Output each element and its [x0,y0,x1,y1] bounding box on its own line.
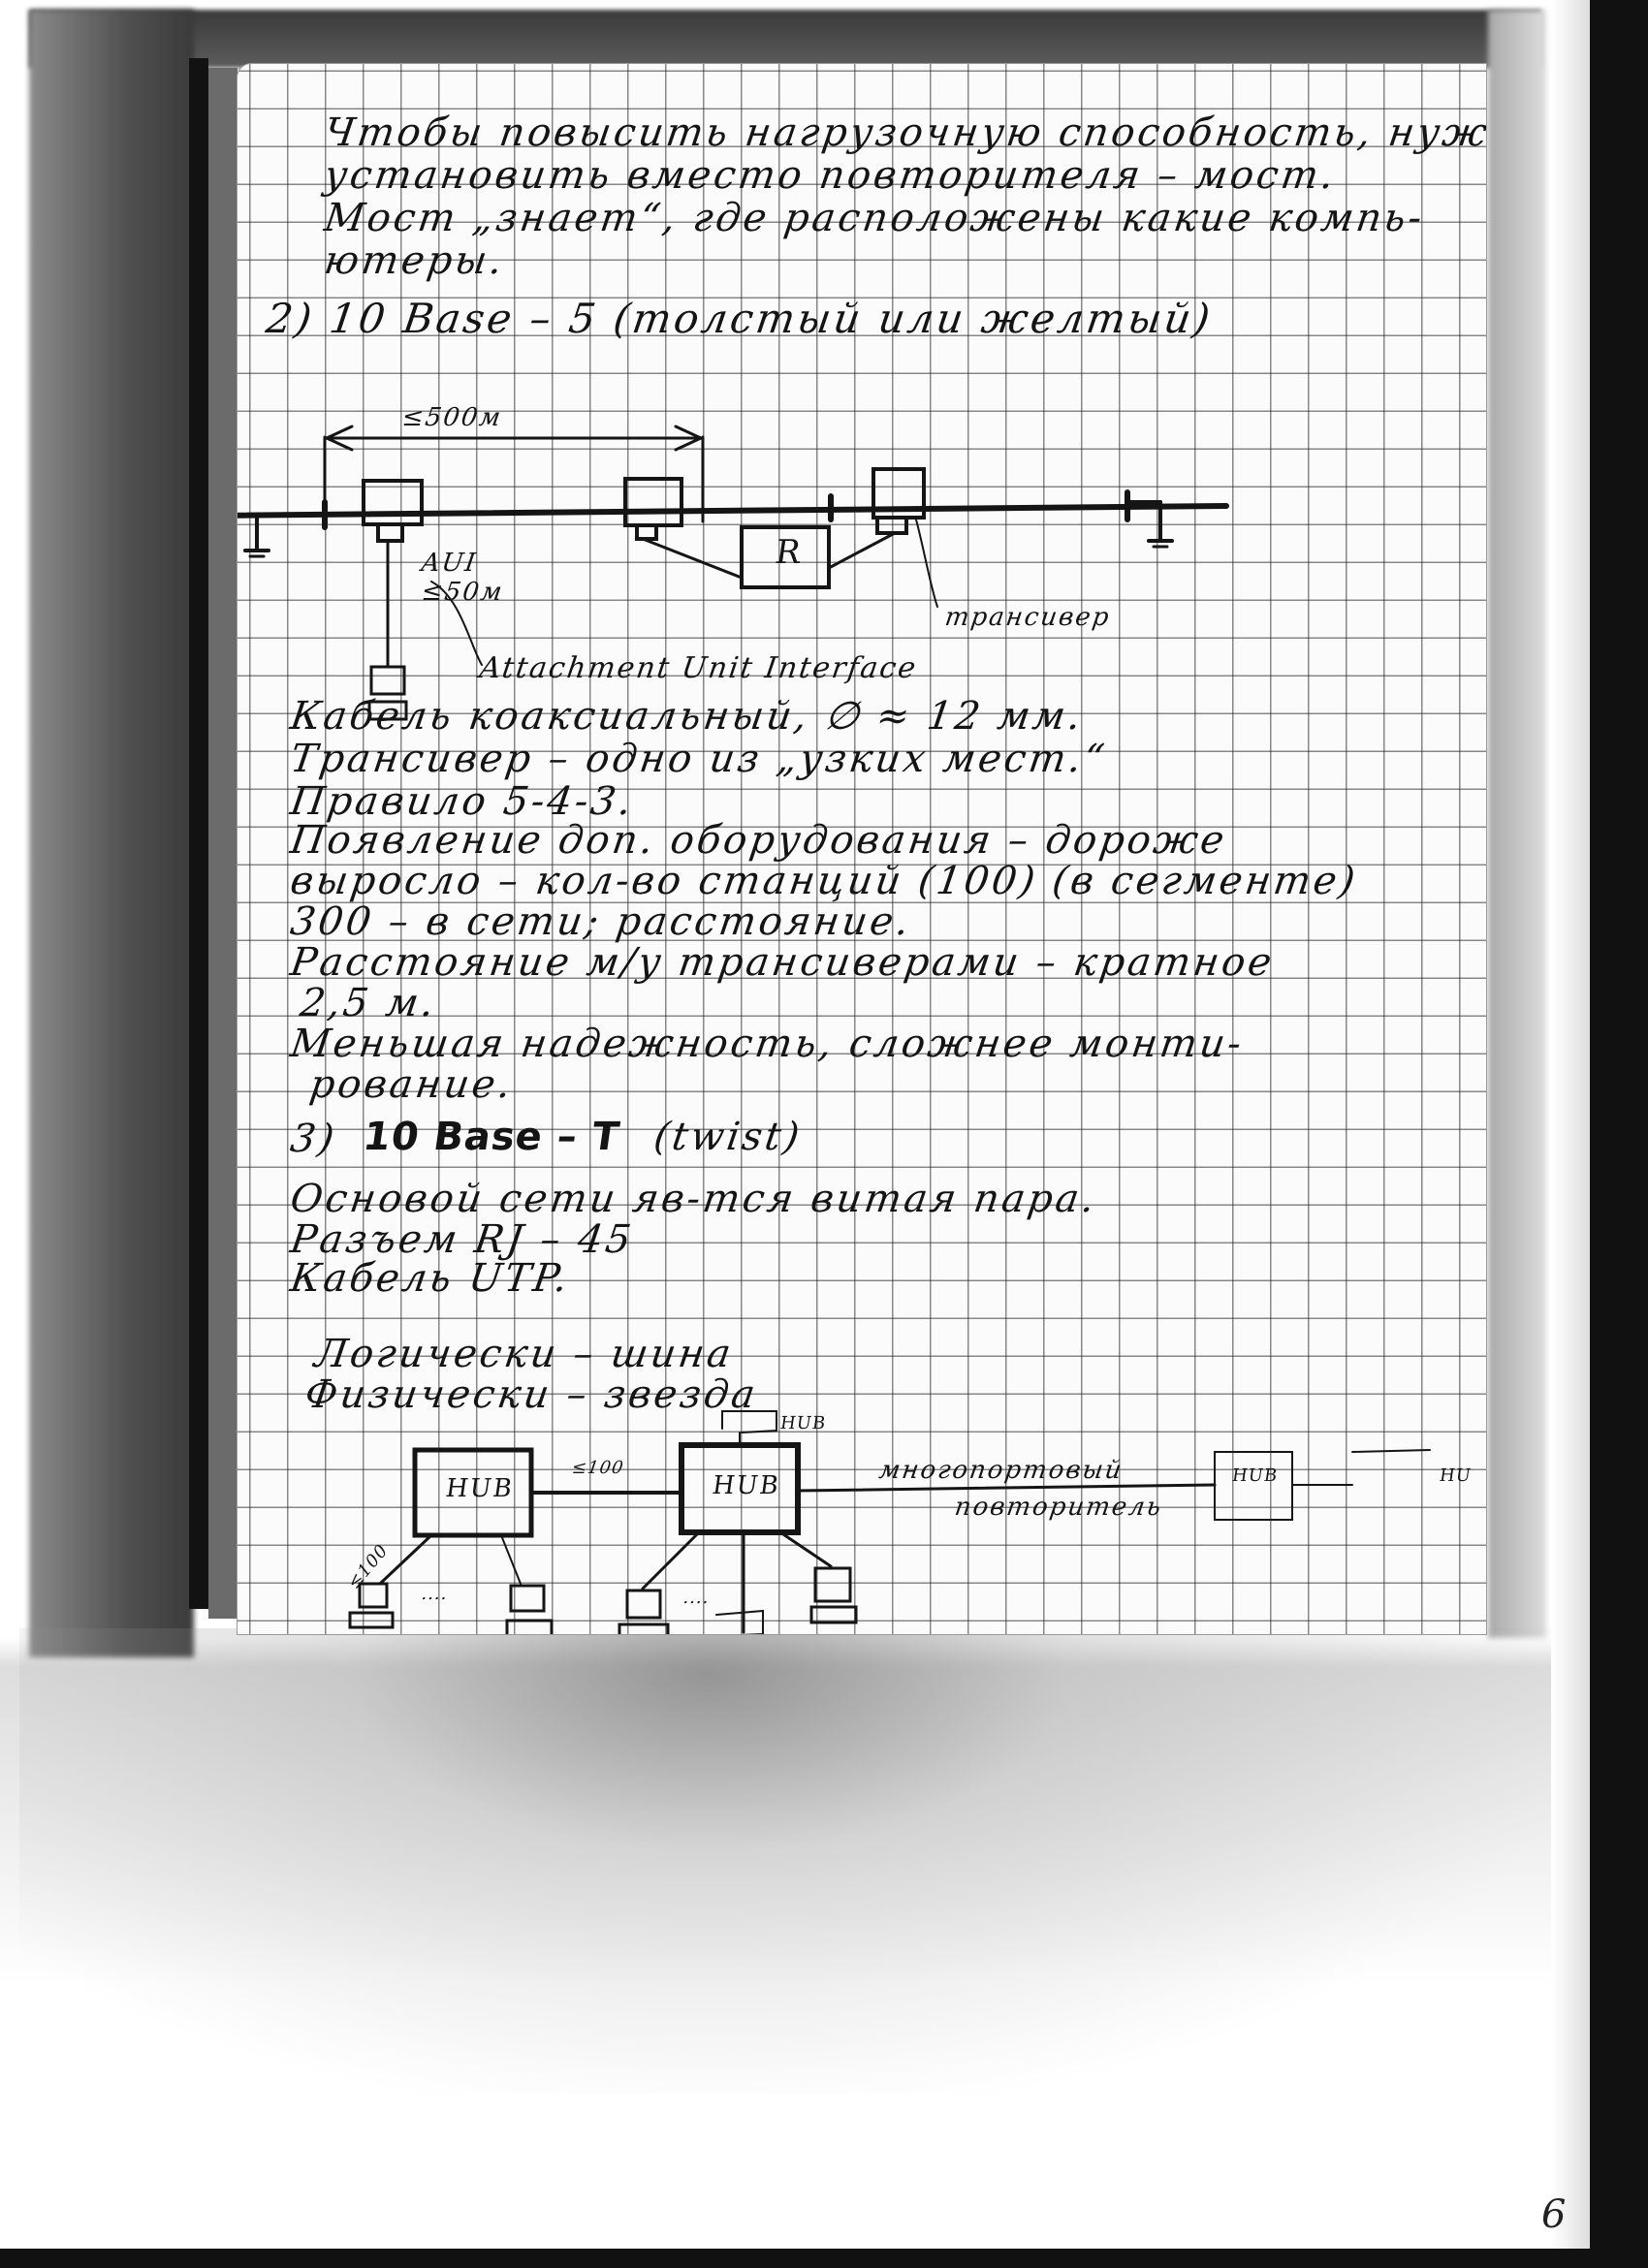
hub-2-label: HUB [711,1471,782,1500]
scan-border-right [1590,0,1648,2268]
small-hub-top-label: HUB [779,1413,828,1433]
scan-shadow-left [29,10,194,1657]
star-topology-diagram [238,64,1486,1634]
notebook-binding-edge [208,68,238,1619]
hub-1-ellipsis: .... [421,1584,450,1604]
scan-shadow-top [29,10,1541,68]
edge-hub-label: HU [1439,1465,1474,1486]
hub-link-limit: ≤100 [571,1458,625,1478]
scan-edge [1551,0,1590,2268]
multiport-repeater-note-2: повторитель [953,1493,1164,1522]
notebook-binding [189,58,208,1609]
multiport-repeater-note-1: многопортовый [877,1456,1125,1485]
notebook-page: Чтобы повысить нагрузочную способность, … [238,64,1486,1634]
hub-1-label: HUB [444,1474,516,1503]
hub-2-ellipsis: .... [682,1588,712,1608]
page-number: 6 [1541,2192,1566,2237]
scan-border-bottom [0,2249,1648,2268]
side-hub-label: HUB [1231,1465,1280,1486]
scan-shadow-right [1488,10,1546,1638]
scan-shadow-bottom [19,1628,1551,2094]
